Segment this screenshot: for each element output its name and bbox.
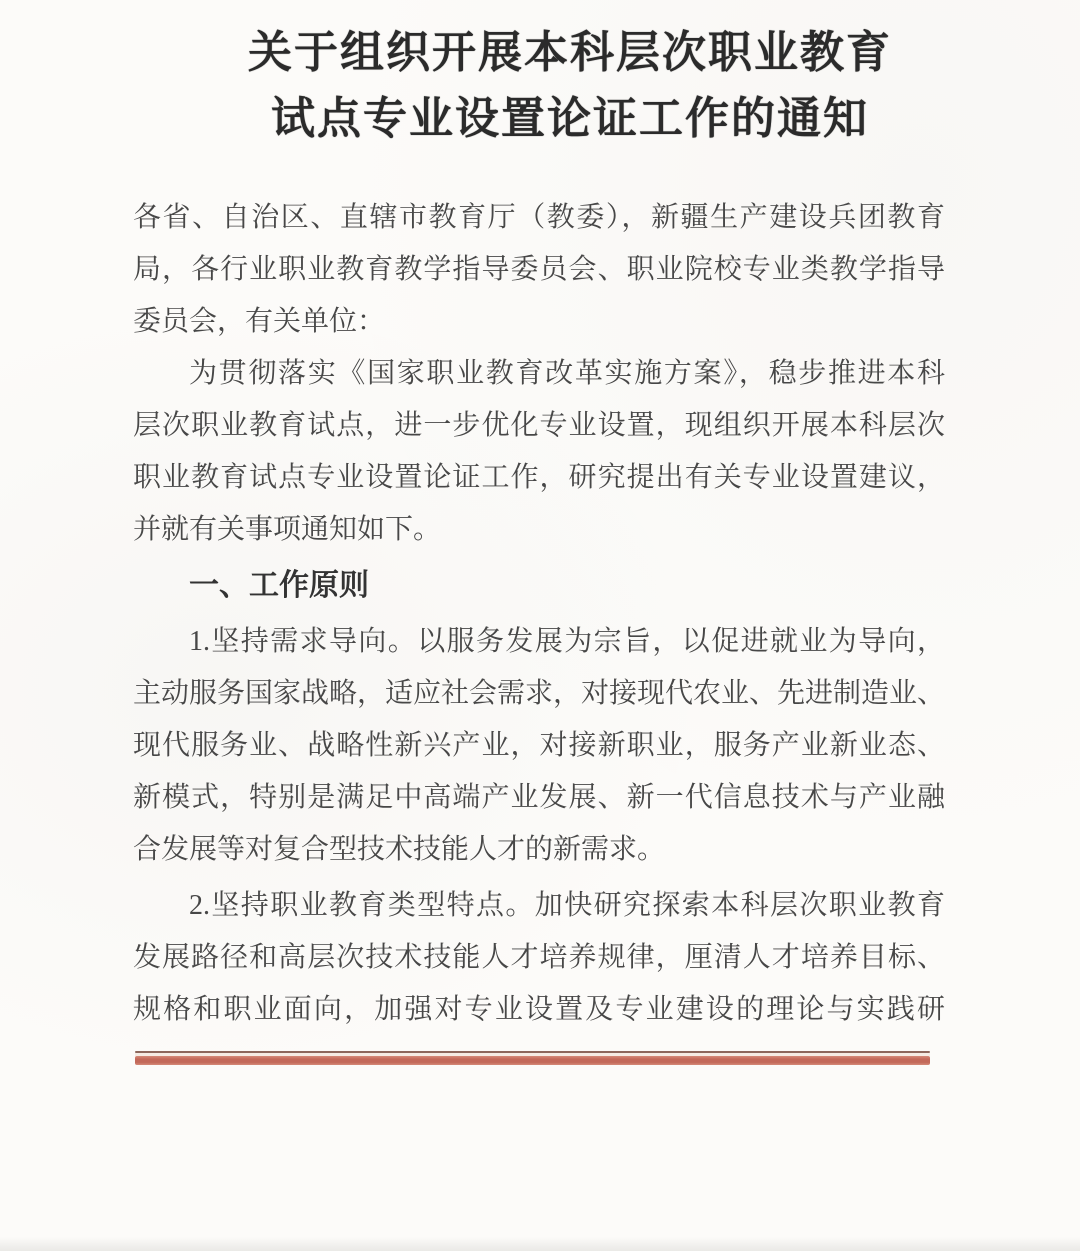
text-line: 2.坚持职业教育类型特点。加快研究探索本科层次职业教育	[133, 880, 945, 932]
text-line: 发展路径和高层次技术技能人才培养规律，厘清人才培养目标、	[133, 932, 945, 984]
text-line: 并就有关事项通知如下。	[133, 504, 945, 556]
document-body: 各省、自治区、直辖市教育厅（教委），新疆生产建设兵团教育局，各行业职业教育教学指…	[133, 192, 945, 1036]
text-line: 新模式，特别是满足中高端产业发展、新一代信息技术与产业融	[133, 772, 945, 824]
title-line-2: 试点专业设置论证工作的通知	[30, 86, 1080, 152]
section-heading: 一、工作原则	[133, 560, 945, 612]
text-line: 1.坚持需求导向。以服务发展为宗旨，以促进就业为导向，	[133, 616, 945, 668]
text-line: 各省、自治区、直辖市教育厅（教委），新疆生产建设兵团教育	[133, 192, 945, 244]
document-title: 关于组织开展本科层次职业教育 试点专业设置论证工作的通知	[30, 0, 1080, 152]
text-line: 委员会，有关单位：	[133, 296, 945, 348]
text-line: 层次职业教育试点，进一步优化专业设置，现组织开展本科层次	[133, 400, 945, 452]
text-line: 职业教育试点专业设置论证工作，研究提出有关专业设置建议，	[133, 452, 945, 504]
text-line: 规格和职业面向，加强对专业设置及专业建设的理论与实践研	[133, 984, 945, 1036]
divider-thick-line	[135, 1056, 930, 1065]
text-line: 局，各行业职业教育教学指导委员会、职业院校专业类教学指导	[133, 244, 945, 296]
text-line: 主动服务国家战略，适应社会需求，对接现代农业、先进制造业、	[133, 668, 945, 720]
scanned-document-page: 关于组织开展本科层次职业教育 试点专业设置论证工作的通知 各省、自治区、直辖市教…	[0, 0, 1080, 1251]
scan-edge-artifact	[0, 1237, 1080, 1251]
text-line: 合发展等对复合型技术技能人才的新需求。	[133, 824, 945, 876]
text-line: 为贯彻落实《国家职业教育改革实施方案》，稳步推进本科	[133, 348, 945, 400]
title-line-1: 关于组织开展本科层次职业教育	[30, 20, 1080, 86]
text-line: 现代服务业、战略性新兴产业，对接新职业，服务产业新业态、	[133, 720, 945, 772]
red-divider	[135, 1051, 930, 1065]
